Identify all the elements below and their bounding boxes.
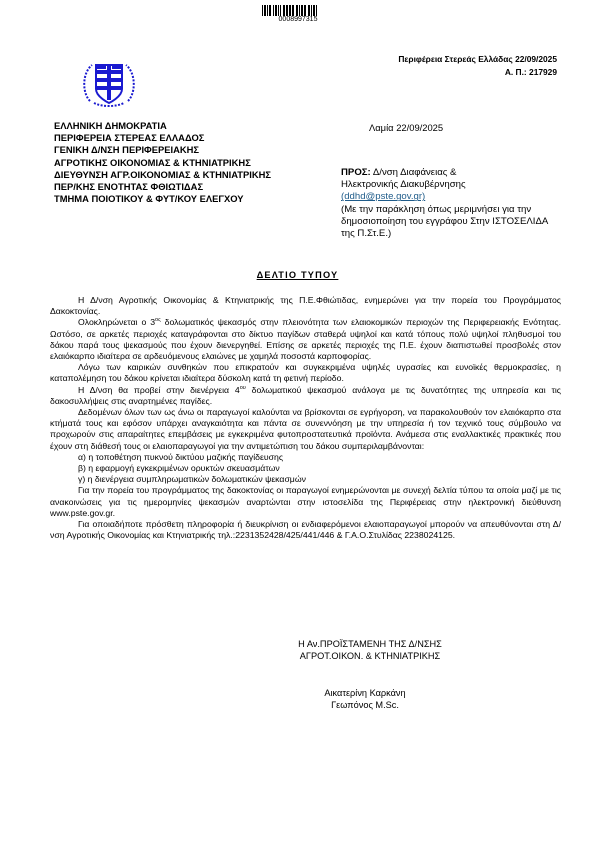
- signature-title: Η Αν.ΠΡΟΪΣΤΑΜΕΝΗ ΤΗΣ Δ/ΝΣΗΣ ΑΓΡΟΤ.ΟΙΚΟΝ.…: [280, 639, 460, 662]
- signature-line-1: Η Αν.ΠΡΟΪΣΤΑΜΕΝΗ ΤΗΣ Δ/ΝΣΗΣ: [280, 639, 460, 651]
- sender-block: ΕΛΛΗΝΙΚΗ ΔΗΜΟΚΡΑΤΙΑ ΠΕΡΙΦΕΡΕΙΑ ΣΤΕΡΕΑΣ Ε…: [54, 120, 271, 205]
- paragraph: Η Δ/νση θα προβεί στην διενέργεια 4ου δο…: [50, 385, 561, 407]
- document-date: Λαμία 22/09/2025: [369, 122, 443, 133]
- hellenic-republic-emblem-icon: [80, 57, 138, 109]
- recipient-block: ΠΡΟΣ: Δ/νση Διαφάνειας & Ηλεκτρονικής Δι…: [341, 167, 556, 240]
- sender-line: ΤΜΗΜΑ ΠΟΙΟΤΙΚΟΥ & ΦΥΤ/ΚΟΥ ΕΛΕΓΧΟΥ: [54, 193, 271, 205]
- recipient-line-1: ΠΡΟΣ: Δ/νση Διαφάνειας &: [341, 167, 556, 179]
- paragraph: Ολοκληρώνεται ο 3ος δολωματικός ψεκασμός…: [50, 317, 561, 362]
- document-title: ΔΕΛΤΙΟ ΤΥΠΟΥ: [0, 270, 595, 280]
- paragraph: Για οποιαδήποτε πρόσθετη πληροφορία ή δι…: [50, 519, 561, 541]
- list-item: β) η εφαρμογή εγκεκριμένων ορυκτών σκευα…: [50, 463, 561, 474]
- recipient-email-link[interactable]: (ddhd@pste.gov.gr): [341, 191, 425, 202]
- paragraph: Για την πορεία του προγράμματος της δακο…: [50, 485, 561, 519]
- barcode: [262, 5, 334, 16]
- recipient-name: Δ/νση Διαφάνειας &: [371, 167, 457, 178]
- recipient-label: ΠΡΟΣ:: [341, 167, 371, 178]
- protocol-header: Περιφέρεια Στερεάς Ελλάδας 22/09/2025 Α.…: [398, 53, 557, 79]
- signatory-title: Γεωπόνος M.Sc.: [300, 699, 430, 711]
- list-item: α) η τοποθέτηση πυκνού δικτύου μαζικής π…: [50, 452, 561, 463]
- recipient-note: (Με την παράκληση όπως μεριμνήσει για τη…: [341, 204, 556, 241]
- press-release-body: Η Δ/νση Αγροτικής Οικονομίας & Κτηνιατρι…: [50, 295, 561, 541]
- paragraph: Η Δ/νση Αγροτικής Οικονομίας & Κτηνιατρι…: [50, 295, 561, 317]
- sender-line: ΕΛΛΗΝΙΚΗ ΔΗΜΟΚΡΑΤΙΑ: [54, 120, 271, 132]
- sender-line: ΠΕΡ/ΚΗΣ ΕΝΟΤΗΤΑΣ ΦΘΙΩΤΙΔΑΣ: [54, 181, 271, 193]
- signatory-name: Αικατερίνη Καρκάνη: [300, 687, 430, 699]
- sender-line: ΔΙΕΥΘΥΝΣΗ ΑΓΡ.ΟΙΚΟΝΟΜΙΑΣ & ΚΤΗΝΙΑΤΡΙΚΗΣ: [54, 169, 271, 181]
- paragraph: Λόγω των καιρικών συνθηκών που επικρατού…: [50, 362, 561, 384]
- sender-line: ΑΓΡΟΤΙΚΗΣ ΟΙΚΟΝΟΜΙΑΣ & ΚΤΗΝΙΑΤΡΙΚΗΣ: [54, 157, 271, 169]
- region-date: Περιφέρεια Στερεάς Ελλάδας 22/09/2025: [398, 53, 557, 66]
- recipient-line-2: Ηλεκτρονικής Διακυβέρνησης: [341, 179, 556, 191]
- sender-line: ΠΕΡΙΦΕΡΕΙΑ ΣΤΕΡΕΑΣ ΕΛΛΑΔΟΣ: [54, 132, 271, 144]
- signatory: Αικατερίνη Καρκάνη Γεωπόνος M.Sc.: [300, 687, 430, 711]
- barcode-number: 0008997315: [262, 16, 334, 23]
- protocol-number: Α. Π.: 217929: [398, 66, 557, 79]
- sender-line: ΓΕΝΙΚΗ Δ/ΝΣΗ ΠΕΡΙΦΕΡΕΙΑΚΗΣ: [54, 144, 271, 156]
- signature-line-2: ΑΓΡΟΤ.ΟΙΚΟΝ. & ΚΤΗΝΙΑΤΡΙΚΗΣ: [280, 651, 460, 663]
- paragraph: Δεδομένων όλων των ως άνω οι παραγωγοί κ…: [50, 407, 561, 452]
- list-item: γ) η διενέργεια συμπληρωματικών δολωματι…: [50, 474, 561, 485]
